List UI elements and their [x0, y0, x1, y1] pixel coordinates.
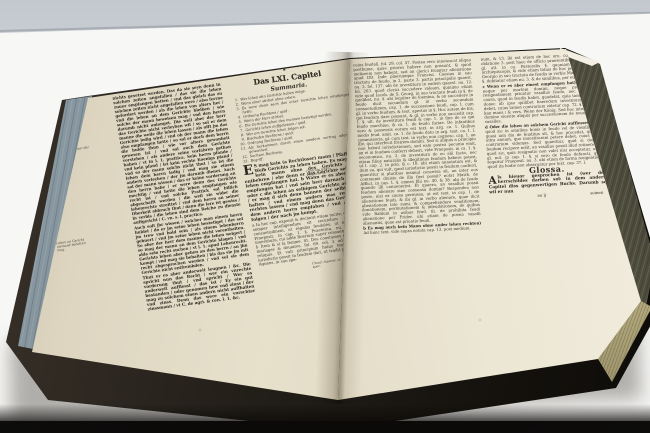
catchword: seinen [590, 191, 603, 196]
photo-antique-book: Das LXI. Capitel nichts gesetzet werden.… [0, 0, 650, 433]
body-paragraph: nichts gesetzet werden. Das da sie seyn … [112, 82, 242, 225]
page-gutter [315, 51, 370, 404]
photo-bottom-shadow [0, 421, 650, 433]
signature-mark: aa ij [537, 193, 546, 198]
gloss-paragraph: d Oder die lehen an solchem Gericht auff… [485, 120, 606, 169]
right-column-1: cuius feudali. fol. 29. col. 47. Postea … [353, 58, 482, 237]
margin-note: Lehen on Gericht niemand behalten mag. [56, 237, 95, 253]
latin-text: cuius feudali. fol. 29. col. 47. Postea … [353, 58, 481, 226]
page-number: CXL [571, 41, 589, 50]
